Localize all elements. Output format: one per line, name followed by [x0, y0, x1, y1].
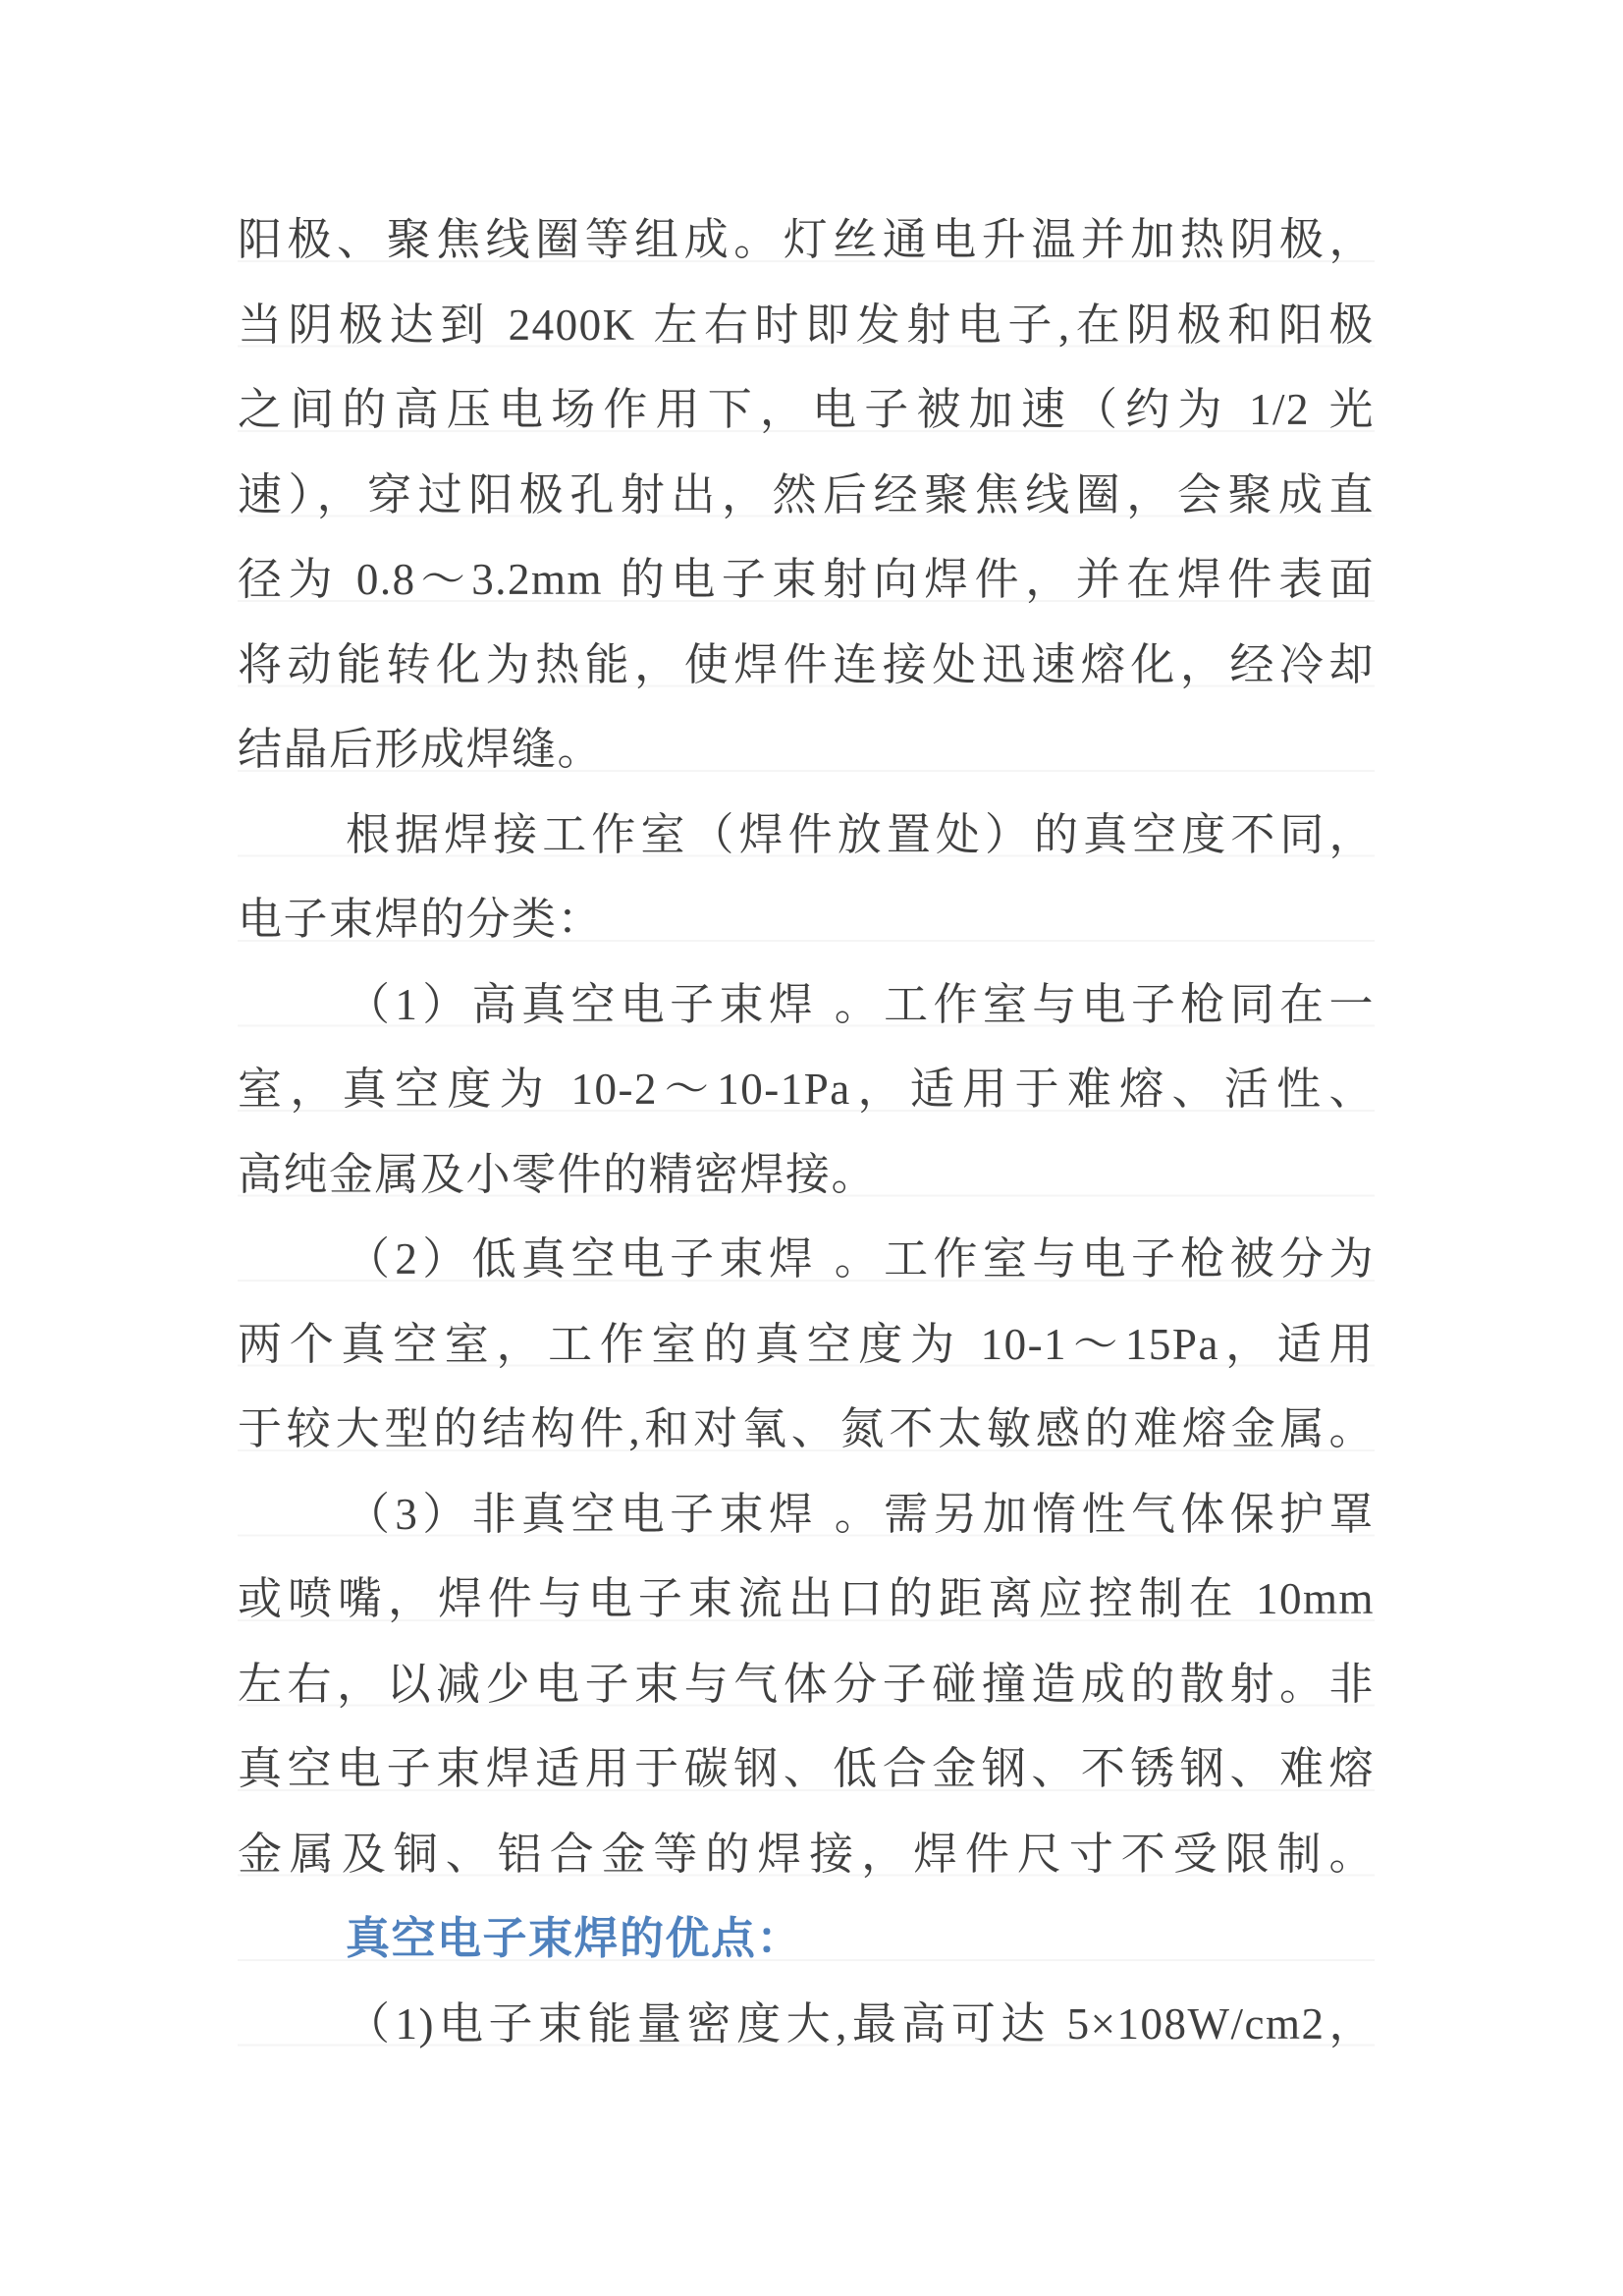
text-line: 结晶后形成焊缝。: [238, 707, 1375, 793]
text-line: 左右，以减少电子束与气体分子碰撞造成的散射。非: [238, 1642, 1375, 1727]
text-line: 将动能转化为热能，使焊件连接处迅速熔化，经冷却: [238, 623, 1375, 708]
text-line: （1）高真空电子束焊 。工作室与电子枪同在一: [238, 962, 1375, 1048]
text-line: 阳极、聚焦线圈等组成。灯丝通电升温并加热阴极，: [238, 197, 1375, 283]
heading-advantages: 真空电子束焊的优点：: [238, 1896, 1375, 1982]
document-page: 阳极、聚焦线圈等组成。灯丝通电升温并加热阴极，当阴极达到 2400K 左右时即发…: [0, 0, 1623, 2296]
text-line: 当阴极达到 2400K 左右时即发射电子,在阴极和阳极: [238, 283, 1375, 368]
text-line: 电子束焊的分类：: [238, 877, 1375, 962]
text-line: （1)电子束能量密度大,最高可达 5×108W/cm2，: [238, 1982, 1375, 2067]
text-line: 之间的高压电场作用下，电子被加速（约为 1/2 光: [238, 367, 1375, 453]
text-line: 速），穿过阳极孔射出，然后经聚焦线圈，会聚成直: [238, 453, 1375, 538]
text-line: 真空电子束焊适用于碳钢、低合金钢、不锈钢、难熔: [238, 1726, 1375, 1812]
text-line: 金属及铜、铝合金等的焊接，焊件尺寸不受限制。: [238, 1812, 1375, 1897]
text-line: 两个真空室，工作室的真空度为 10-1～15Pa，适用: [238, 1302, 1375, 1388]
text-line: （2）低真空电子束焊 。工作室与电子枪被分为: [238, 1217, 1375, 1302]
text-line: 室，真空度为 10-2～10-1Pa，适用于难熔、活性、: [238, 1047, 1375, 1132]
text-line: 或喷嘴，焊件与电子束流出口的距离应控制在 10mm: [238, 1557, 1375, 1642]
text-line: （3）非真空电子束焊 。需另加惰性气体保护罩: [238, 1472, 1375, 1558]
text-line: 高纯金属及小零件的精密焊接。: [238, 1132, 1375, 1218]
text-line: 径为 0.8～3.2mm 的电子束射向焊件，并在焊件表面: [238, 537, 1375, 623]
text-line: 根据焊接工作室（焊件放置处）的真空度不同，: [238, 793, 1375, 878]
text-line: 于较大型的结构件,和对氧、氮不太敏感的难熔金属。: [238, 1387, 1375, 1472]
text-block: 阳极、聚焦线圈等组成。灯丝通电升温并加热阴极，当阴极达到 2400K 左右时即发…: [238, 197, 1375, 2066]
